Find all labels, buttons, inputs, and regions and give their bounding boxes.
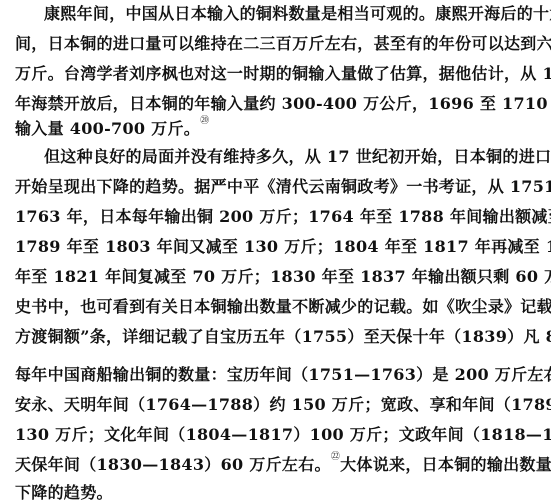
text-line: 康熙年间，中国从日本输入的铜料数量是相当可观的。康熙开海后的十六年 bbox=[44, 0, 551, 29]
text-line: 安永、天明年间（1764—1788）约 150 万斤；宽政、享和年间（1789—… bbox=[15, 390, 551, 420]
text-line: 开始呈现出下降的趋势。据严中平《清代云南铜政考》一书考证，从 1751 年到 bbox=[15, 172, 551, 202]
text-line: 史书中，也可看到有关日本铜输出数量不断减少的记载。如《吹尘录》记载：“唐 bbox=[15, 292, 551, 322]
text-line: 但这种良好的局面并没有维持多久，从 17 世纪初开始，日本铜的进口量就 bbox=[44, 142, 551, 172]
text-line: 天保年间（1830—1843）60 万斤左右。㉒大体说来，日本铜的输出数量是呈逐… bbox=[15, 450, 551, 480]
text-line: 间，日本铜的进口量可以维持在二三百万斤左右，甚至有的年份可以达到六七百 bbox=[15, 29, 551, 59]
text-line: 方渡铜额”条，详细记载了自宝历五年（1755）至天保十年（1839）凡 85 年… bbox=[15, 322, 551, 352]
footnote-marker[interactable]: ⑳ bbox=[200, 116, 209, 126]
text-line: 每年中国商船输出铜的数量：宝历年间（1751—1763）是 200 万斤左右；明… bbox=[15, 360, 551, 390]
text-line: 输入量 400-700 万斤。⑳ bbox=[15, 114, 209, 144]
text-line: 1763 年，日本每年输出铜 200 万斤；1764 年至 1788 年间输出额… bbox=[15, 202, 551, 232]
text-line: 年至 1821 年间复减至 70 万斤；1830 年至 1837 年输出额只剩 … bbox=[15, 262, 551, 292]
text-line: 万斤。台湾学者刘序枫也对这一时期的铜输入量做了估算，据他估计，从 1684 bbox=[15, 59, 551, 89]
text-line: 1789 年至 1803 年间又减至 130 万斤；1804 年至 1817 年… bbox=[15, 232, 551, 262]
footnote-marker[interactable]: ㉒ bbox=[331, 452, 340, 462]
text-line: 130 万斤；文化年间（1804—1817）100 万斤；文政年间（1818—1… bbox=[15, 420, 551, 450]
text-line: 下降的趋势。 bbox=[15, 478, 113, 500]
